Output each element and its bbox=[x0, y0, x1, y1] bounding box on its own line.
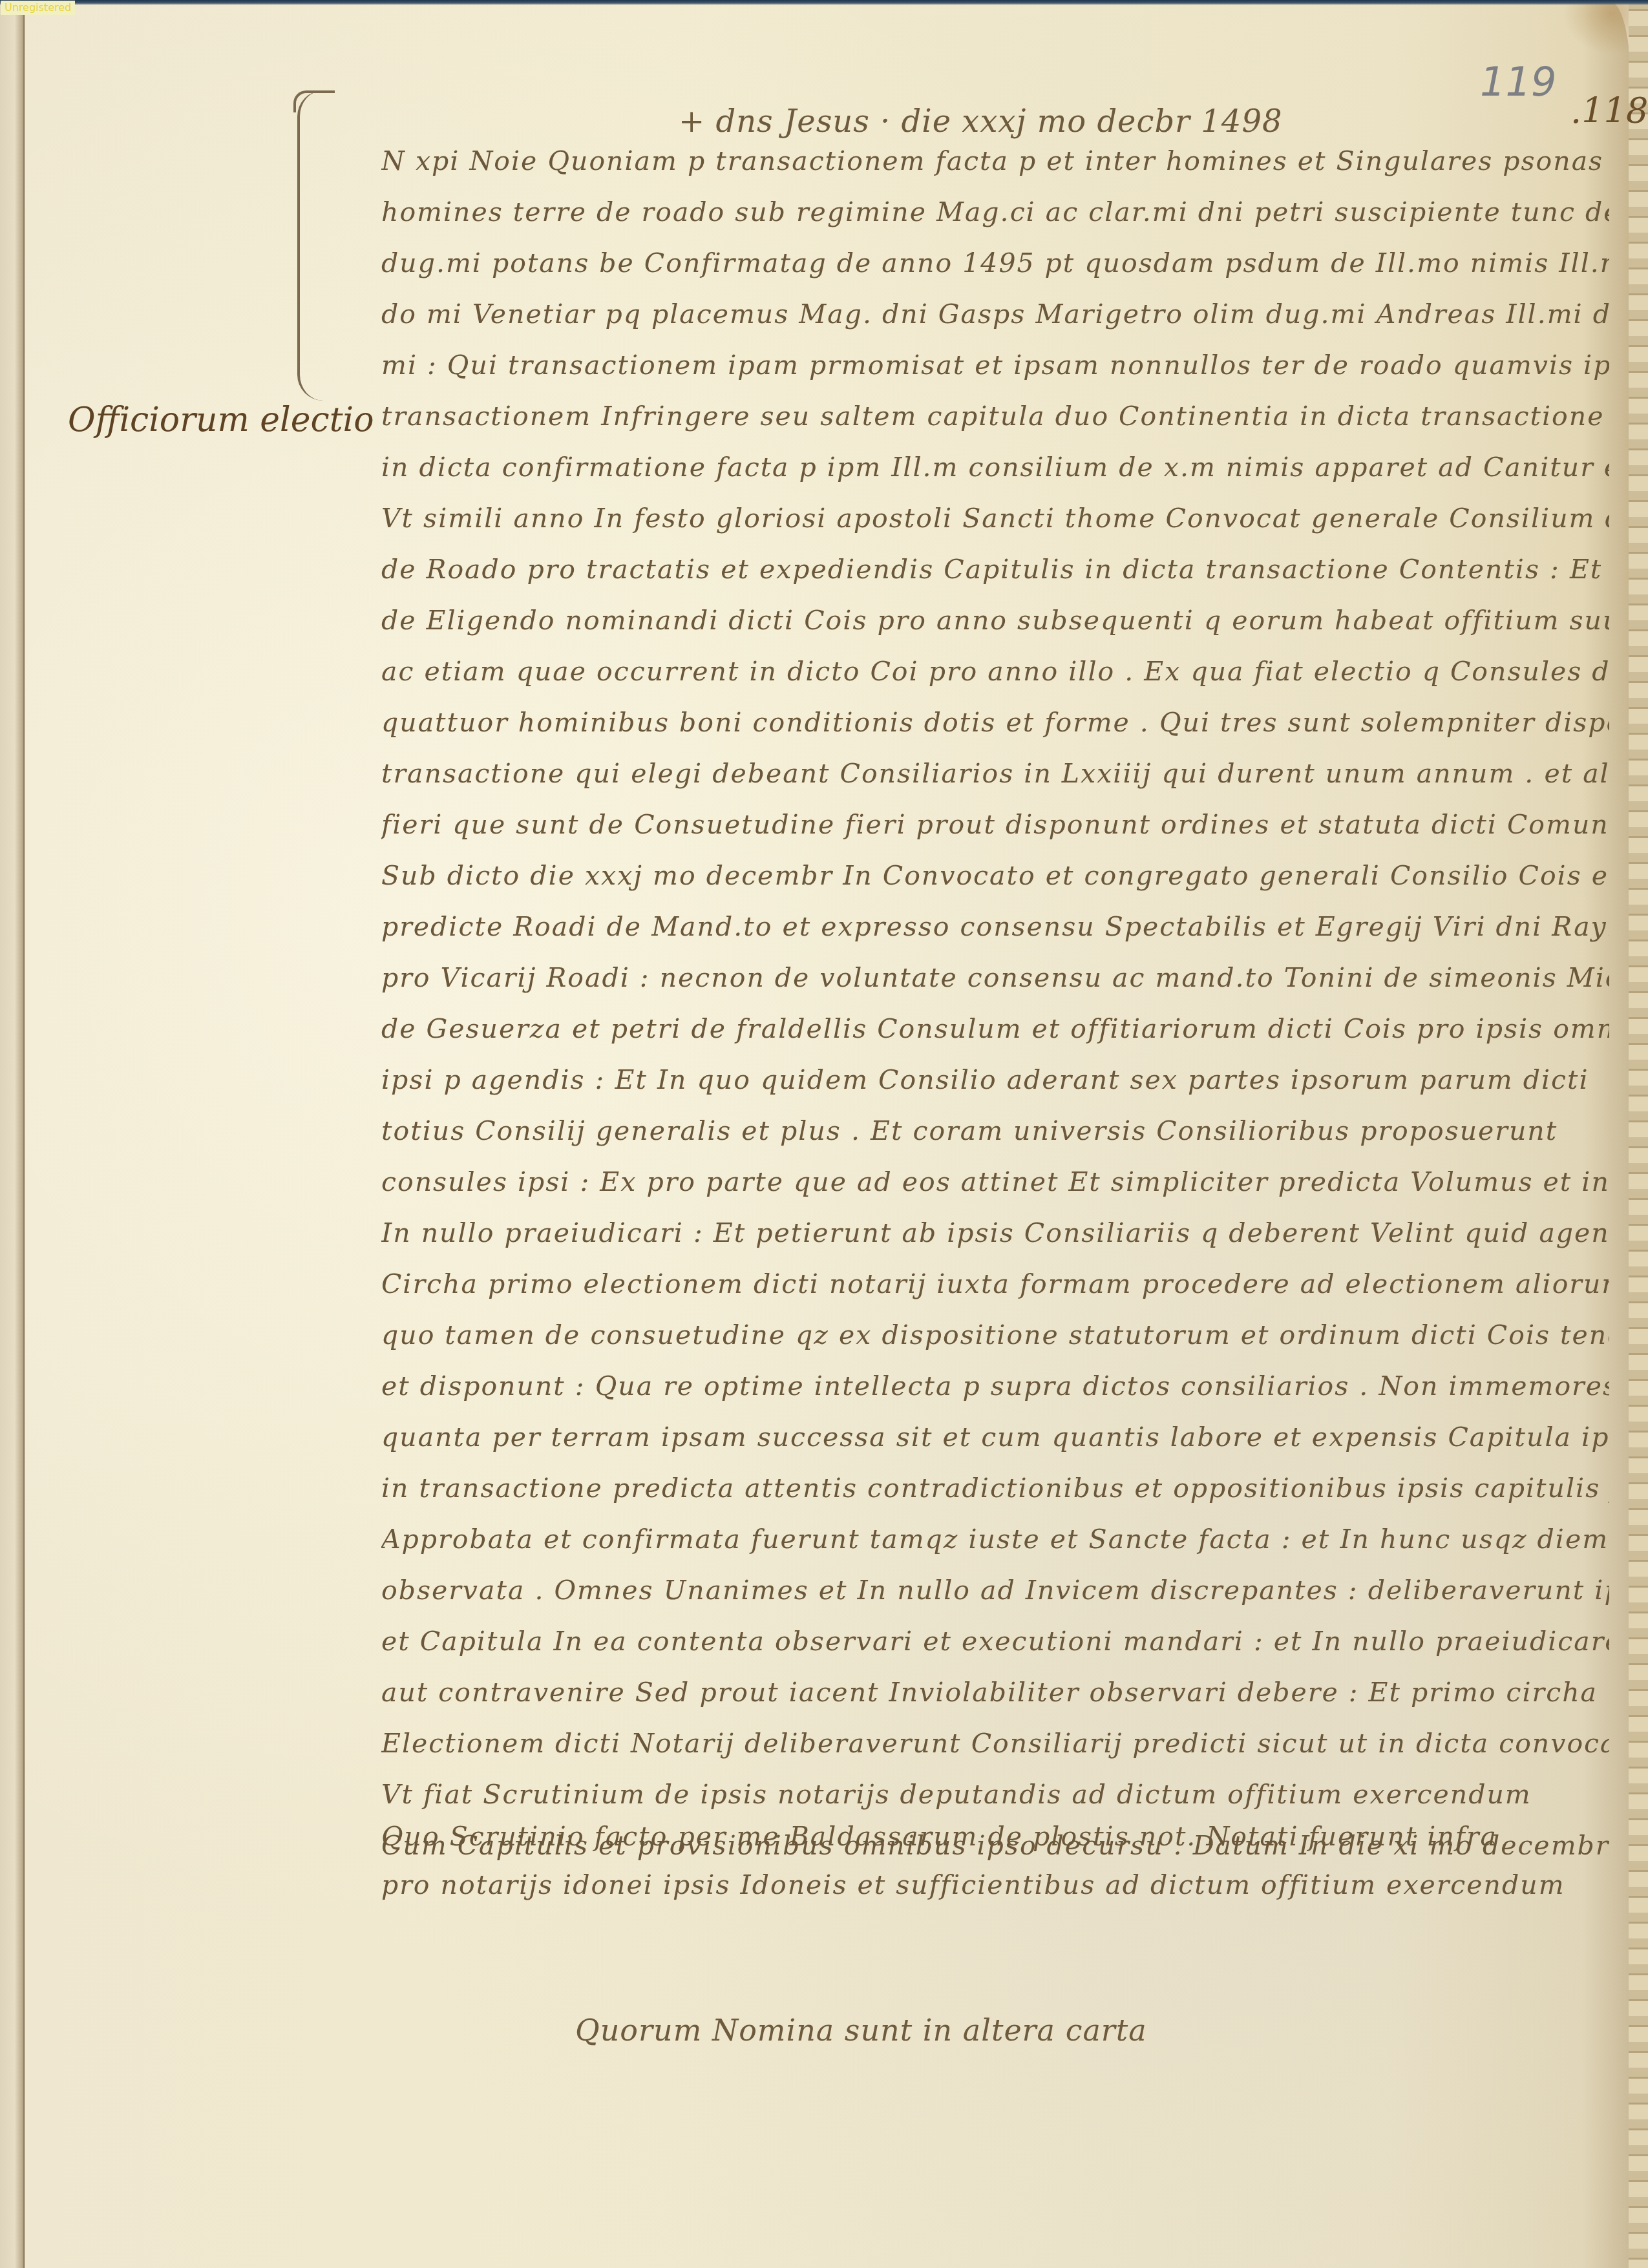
text-line: do mi Venetiar pq placemus Mag. dni Gasp… bbox=[381, 289, 1609, 340]
text-line: in dicta confirmatione facta p ipm Ill.m… bbox=[381, 442, 1609, 493]
decorated-initial bbox=[297, 90, 358, 401]
text-line: de Gesuerza et petri de fraldellis Consu… bbox=[381, 1003, 1609, 1055]
text-line: quanta per terram ipsam successa sit et … bbox=[381, 1412, 1609, 1463]
text-line: de Roado pro tractatis et expediendis Ca… bbox=[381, 544, 1609, 595]
previous-page-edge bbox=[0, 0, 25, 2268]
binding-strip bbox=[0, 0, 1648, 5]
text-line: de Eligendo nominandi dicti Cois pro ann… bbox=[381, 595, 1609, 646]
text-line: aut contravenire Sed prout iacent Inviol… bbox=[381, 1667, 1609, 1718]
text-line: pro Vicarij Roadi : necnon de voluntate … bbox=[381, 952, 1609, 1003]
text-line: dug.mi potans be Confirmatag de anno 149… bbox=[381, 238, 1609, 289]
watermark-label: Unregistered bbox=[1, 1, 75, 15]
page-fore-edges bbox=[1629, 0, 1648, 2268]
folio-number-pencil: 119 bbox=[1480, 58, 1556, 105]
text-line: ipsi p agendis : Et In quo quidem Consil… bbox=[381, 1055, 1609, 1106]
text-line: totius Consilij generalis et plus . Et c… bbox=[381, 1106, 1609, 1157]
text-line: homines terre de roado sub regimine Mag.… bbox=[381, 187, 1609, 238]
text-line: in transactione predicta attentis contra… bbox=[381, 1463, 1609, 1514]
body-text: N xpi Noie Quoniam p transactionem facta… bbox=[381, 136, 1609, 1871]
marginal-note: Officiorum electio bbox=[68, 401, 374, 439]
text-line: Vt simili anno In festo gloriosi apostol… bbox=[381, 493, 1609, 544]
text-line: predicte Roadi de Mand.to et expresso co… bbox=[381, 901, 1609, 952]
text-line: observata . Omnes Unanimes et In nullo a… bbox=[381, 1565, 1609, 1616]
text-line: Sub dicto die xxxj mo decembr In Convoca… bbox=[381, 850, 1609, 901]
text-line: fieri que sunt de Consuetudine fieri pro… bbox=[381, 799, 1609, 850]
folio-number-ink: .118 bbox=[1570, 90, 1648, 131]
text-line: consules ipsi : Ex pro parte que ad eos … bbox=[381, 1157, 1609, 1208]
final-note: Quorum Nomina sunt in altera carta bbox=[575, 2013, 1147, 2048]
closing-paragraph: Quo Scrutinio facto per me Baldassarum d… bbox=[381, 1812, 1609, 1909]
text-line: N xpi Noie Quoniam p transactionem facta… bbox=[381, 136, 1609, 187]
text-line: quattuor hominibus boni conditionis doti… bbox=[381, 697, 1609, 748]
manuscript-scan: Unregistered + dns Jesus · die xxxj mo d… bbox=[0, 0, 1648, 2268]
text-line: Circha primo electionem dicti notarij iu… bbox=[381, 1259, 1609, 1310]
text-line: Electionem dicti Notarij deliberaverunt … bbox=[381, 1718, 1609, 1769]
text-line: In nullo praeiudicari : Et petierunt ab … bbox=[381, 1208, 1609, 1259]
text-line: Quo Scrutinio facto per me Baldassarum d… bbox=[381, 1812, 1609, 1861]
text-line: quo tamen de consuetudine qz ex disposit… bbox=[381, 1310, 1609, 1361]
text-line: pro notarijs idonei ipsis Idoneis et suf… bbox=[381, 1861, 1609, 1909]
heading-invocation: + dns Jesus · die xxxj mo decbr 1498 bbox=[679, 103, 1282, 140]
text-line: transactionem Infringere seu saltem capi… bbox=[381, 391, 1609, 442]
text-line: Approbata et confirmata fuerunt tamqz iu… bbox=[381, 1514, 1609, 1565]
text-line: et Capitula In ea contenta observari et … bbox=[381, 1616, 1609, 1667]
text-line: et disponunt : Qua re optime intellecta … bbox=[381, 1361, 1609, 1412]
text-line: mi : Qui transactionem ipam prmomisat et… bbox=[381, 340, 1609, 391]
text-line: transactione qui elegi debeant Consiliar… bbox=[381, 748, 1609, 799]
text-line: ac etiam quae occurrent in dicto Coi pro… bbox=[381, 646, 1609, 697]
